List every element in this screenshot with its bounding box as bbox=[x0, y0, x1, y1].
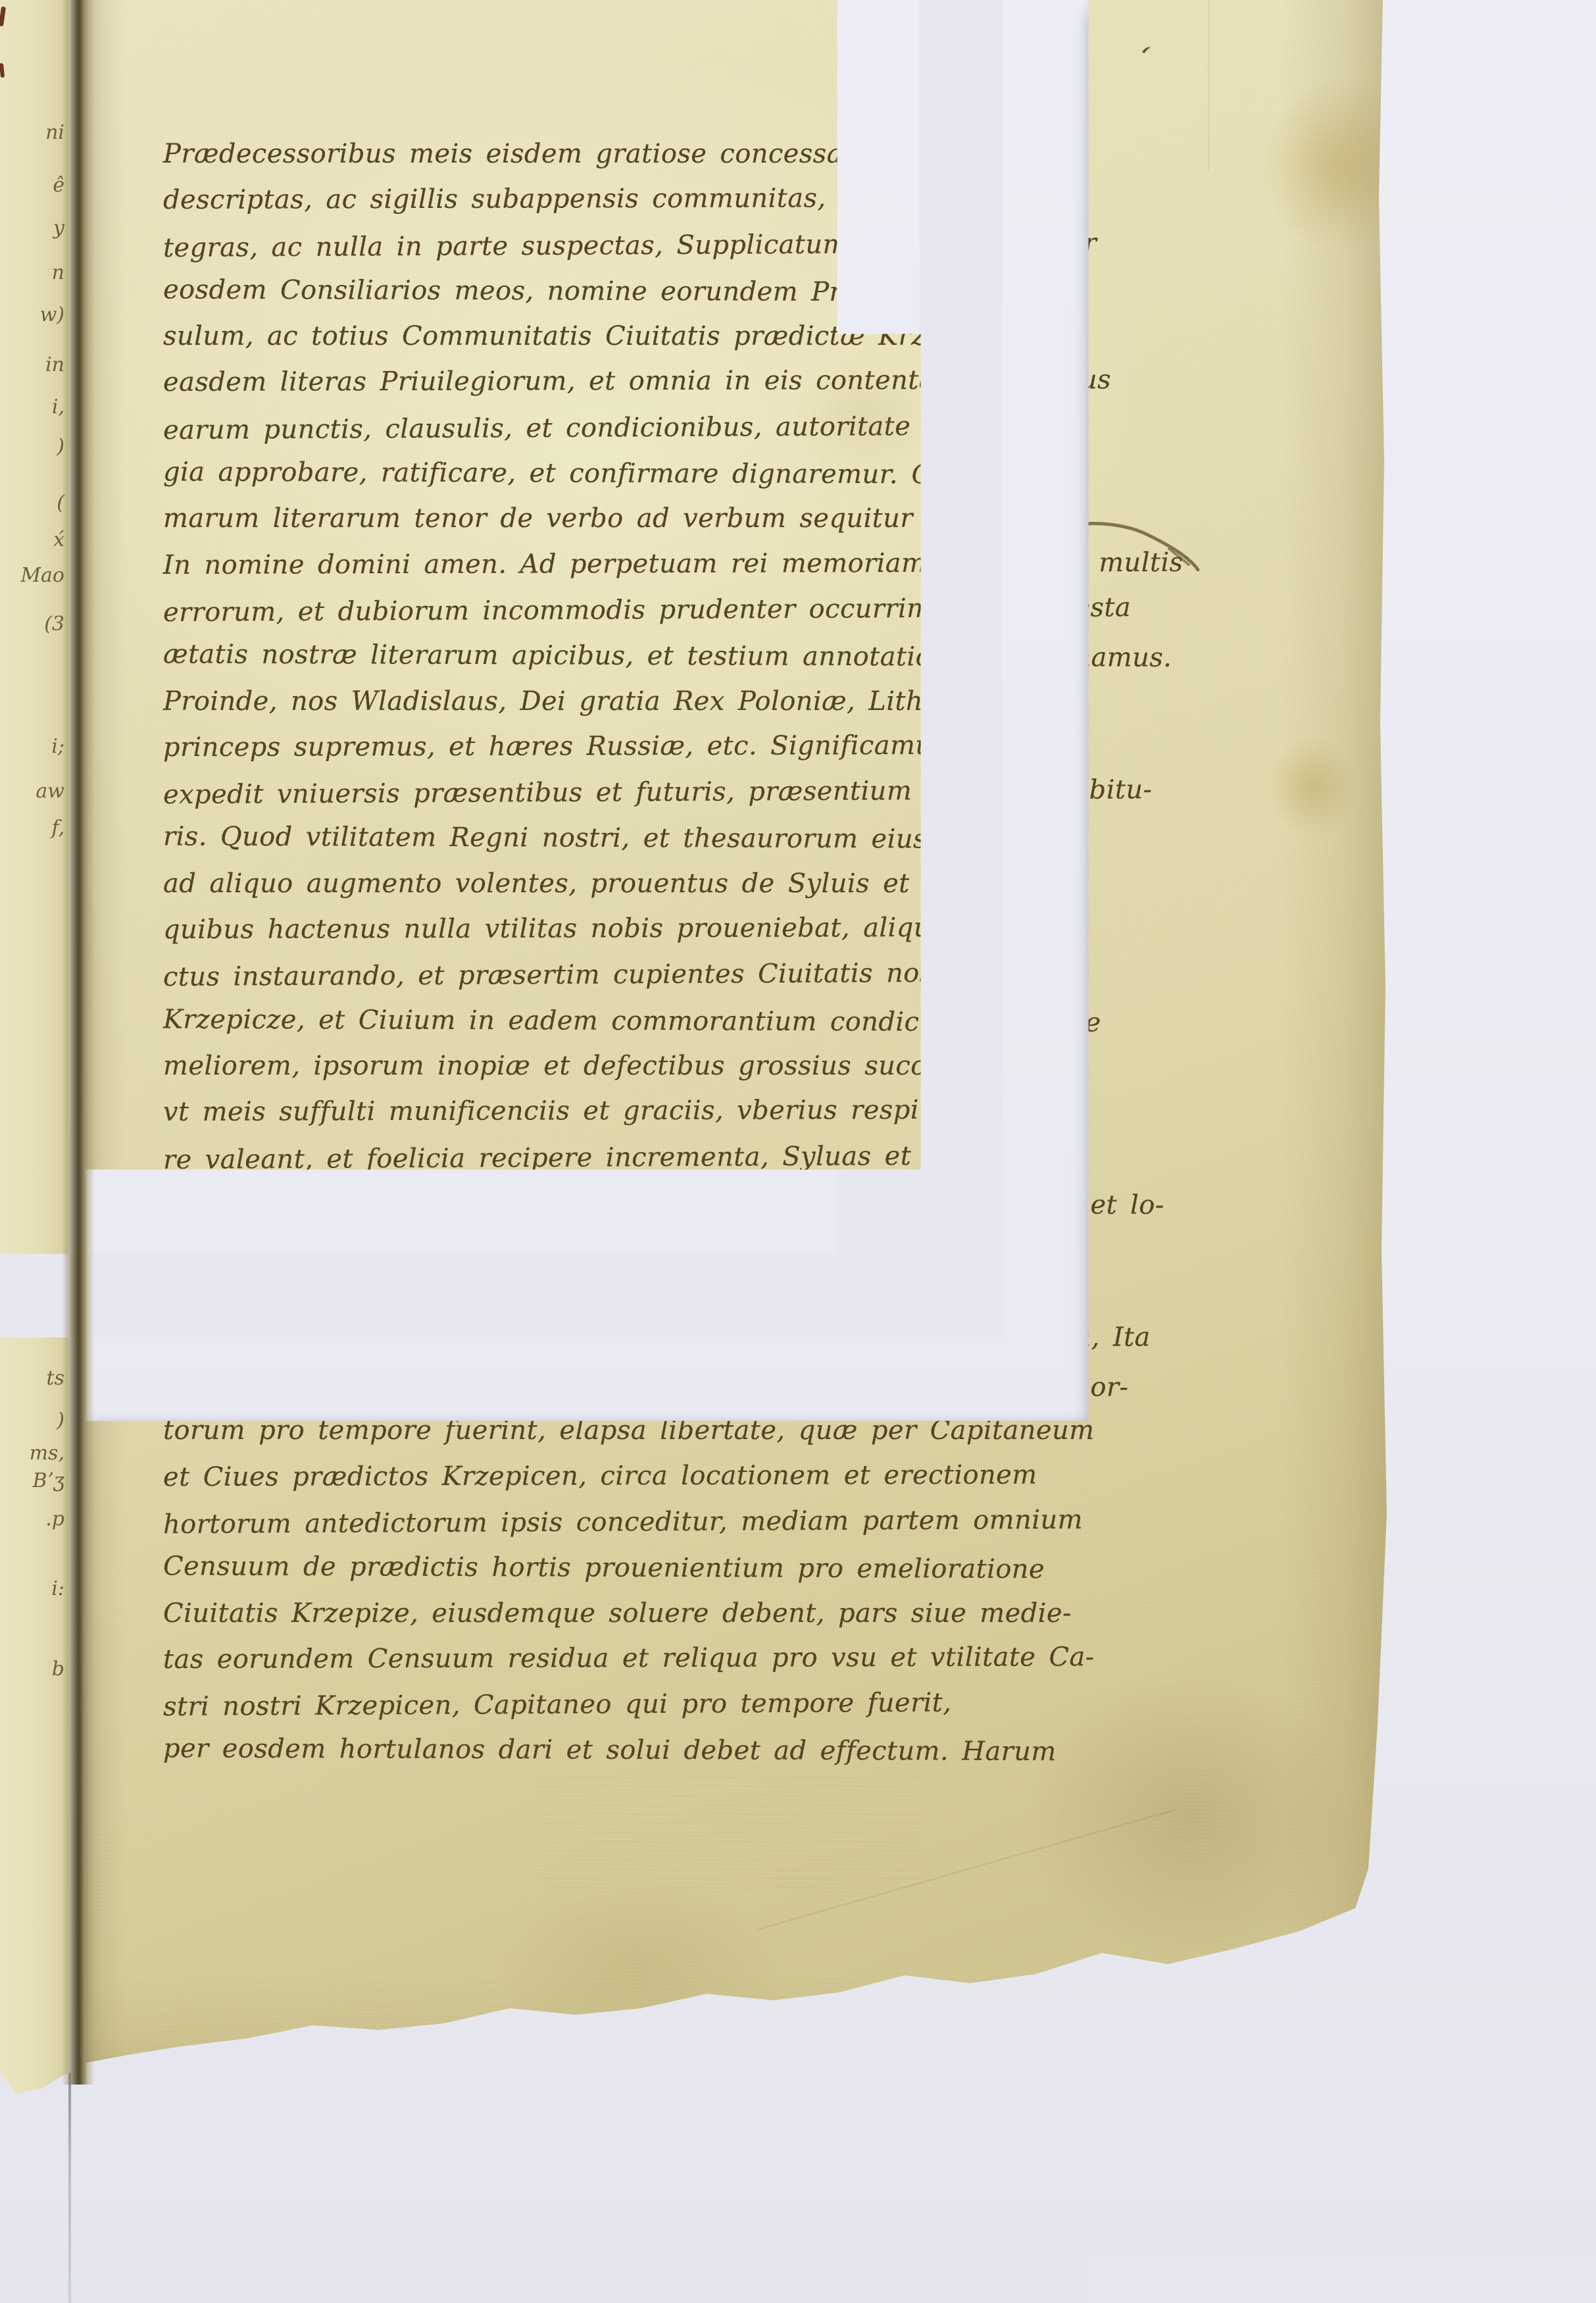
parchment-stain bbox=[1026, 1671, 1355, 1961]
manuscript-line: stri nostri Krzepicen, Capitaneo qui pro… bbox=[163, 1679, 1163, 1730]
manuscript-line: Ciuitatis Krzepize, eiusdemque soluere d… bbox=[163, 1591, 1163, 1636]
manuscript-line: quibus hactenus nulla vtilitas nobis pro… bbox=[163, 905, 1163, 953]
parchment-crease bbox=[1208, 0, 1209, 171]
manuscript-page: 191 ʻ Prædecessoribus meis eisdem gratio… bbox=[86, 0, 1388, 2086]
marginal-text-fragment: Bʼʒ bbox=[32, 1470, 64, 1492]
marginal-text-fragment: ms, bbox=[30, 1442, 64, 1465]
manuscript-line: damus et omnimodam tenore præsentium con… bbox=[163, 1315, 1163, 1365]
manuscript-line: et Ciues prædictos Krzepicen, circa loca… bbox=[163, 1452, 1163, 1500]
manuscript-line: ris. Quod vtilitatem Regni nostri, et th… bbox=[163, 815, 1163, 864]
manuscript-line: descriptas, ac sigillis subappensis comm… bbox=[163, 175, 1163, 223]
marginal-text-fragment: x́ bbox=[53, 529, 64, 551]
manuscript-line: per eosdem hortulanos dari et solui debe… bbox=[163, 1727, 1163, 1776]
marginal-text-fragment: f, bbox=[51, 817, 64, 840]
manuscript-line: Krzepicze, et Ciuium in eadem commoranti… bbox=[163, 997, 1163, 1046]
manuscript-line: Prædecessoribus meis eisdem gratiose con… bbox=[163, 132, 1163, 177]
page-edge-line bbox=[68, 2073, 71, 2303]
marginal-text-fragment: ) bbox=[57, 1409, 64, 1432]
previous-page-edge: niêynw)ini,)(x́Mao(3i;awf,ts)ms,Bʼʒ.pi:b bbox=[0, 0, 68, 2100]
marginal-text-fragment: aw bbox=[36, 780, 64, 803]
marginal-text-fragment: .p bbox=[45, 1508, 64, 1531]
marginal-text-fragment: (3 bbox=[44, 613, 64, 636]
marginal-text-fragment: w) bbox=[40, 304, 64, 326]
parchment-fold-crease bbox=[946, 1925, 1344, 2017]
manuscript-line: ad aliquo augmento volentes, prouentus d… bbox=[163, 861, 1163, 907]
page-number: 191 bbox=[975, 22, 1070, 76]
manuscript-line: tamen, quod hortulani, vel quicunque pos… bbox=[163, 1361, 1163, 1411]
manuscript-line: re valeant, et foelicia recipere increme… bbox=[163, 1132, 1163, 1183]
parchment-stain bbox=[1263, 79, 1421, 250]
manuscript-line: ætatis nostræ literarum apicibus, et tes… bbox=[163, 632, 1163, 682]
marginal-text-fragment: y bbox=[53, 217, 64, 240]
manuscript-line: vt meis suffulti munificenciis et gracii… bbox=[163, 1087, 1163, 1135]
manuscript-line: expedit vniuersis præsentibus et futuris… bbox=[163, 767, 1163, 818]
parchment-stain bbox=[1266, 737, 1359, 836]
marginal-text-fragment: ê bbox=[53, 174, 64, 197]
manuscript-line: princeps supremus, et hæres Russiæ, etc.… bbox=[163, 722, 1163, 771]
manuscript-line: eosdem Consiliarios meos, nomine eorunde… bbox=[163, 267, 1163, 316]
manuscript-line: hortorum antedictorum ipsis conceditur, … bbox=[163, 1497, 1163, 1548]
manuscript-line: errorum, et dubiorum incommodis prudente… bbox=[163, 585, 1163, 636]
marginal-text-fragment: i; bbox=[51, 736, 64, 758]
manuscript-line: earum punctis, clausulis, et condicionib… bbox=[163, 403, 1163, 453]
marginal-text-fragment: b bbox=[52, 1658, 64, 1681]
manuscript-line: gia approbare, ratificare, et confirmare… bbox=[163, 449, 1163, 499]
parchment-crease bbox=[1036, 0, 1037, 513]
manuscript-scan: niêynw)ini,)(x́Mao(3i;awf,ts)ms,Bʼʒ.pi:b… bbox=[0, 0, 1596, 2303]
ink-flourish-icon bbox=[1003, 507, 1201, 599]
manuscript-line: marum literarum tenor de verbo ad verbum… bbox=[163, 496, 1163, 542]
manuscript-line: tas eorundem Censuum residua et reliqua … bbox=[163, 1634, 1163, 1683]
marginal-text-fragment: Mao bbox=[20, 565, 64, 587]
manuscript-line: circumquaque Ciuitati prædictæ adiacente… bbox=[163, 1179, 1163, 1228]
manuscript-line: meliorem, ipsorum inopiæ et defectibus g… bbox=[163, 1044, 1163, 1089]
marginal-text-fragment: in bbox=[45, 354, 64, 376]
manuscript-line: sulum, ac totius Communitatis Ciuitatis … bbox=[163, 314, 1163, 359]
verso-show-through bbox=[539, 1777, 921, 1888]
marginal-text-fragment: ts bbox=[47, 1367, 64, 1390]
marginal-text-fragment: ) bbox=[57, 436, 64, 458]
marginal-text-fragment: ni bbox=[45, 122, 64, 144]
manuscript-line: tegras, ac nulla in parte suspectas, Sup… bbox=[163, 220, 1163, 271]
manuscript-line: ctus instaurando, et præsertim cupientes… bbox=[163, 949, 1163, 1000]
ink-mark: ʻ bbox=[1133, 39, 1153, 76]
parchment-stain bbox=[789, 362, 934, 474]
text-block: Prædecessoribus meis eisdem gratiose con… bbox=[163, 132, 1163, 1773]
parchment-fold-crease bbox=[759, 1809, 1176, 1930]
marginal-text-fragment: i, bbox=[52, 396, 64, 418]
manuscript-line: Proinde, nos Wladislaus, Dei gratia Rex … bbox=[163, 679, 1163, 724]
manuscript-line: candis, tot, quot ibidem de noua radice … bbox=[163, 1226, 1163, 1271]
manuscript-line: In nomine domini amen. Ad perpetuam rei … bbox=[163, 540, 1163, 588]
manuscript-line: torum pro tempore fuerint, elapsa libert… bbox=[163, 1408, 1163, 1454]
manuscript-line: easdem literas Priuilegiorum, et omnia i… bbox=[163, 357, 1163, 405]
marginal-text-fragment: ( bbox=[57, 492, 64, 515]
marginal-text-fragment: n bbox=[52, 262, 64, 284]
marginal-text-fragment: i: bbox=[51, 1578, 64, 1600]
parchment-stain bbox=[493, 1882, 783, 2053]
manuscript-line: extirpare, eradicareque eisdem Ciuibus m… bbox=[163, 1269, 1163, 1317]
manuscript-line: Censuum de prædictis hortis prouenientiu… bbox=[163, 1544, 1163, 1594]
